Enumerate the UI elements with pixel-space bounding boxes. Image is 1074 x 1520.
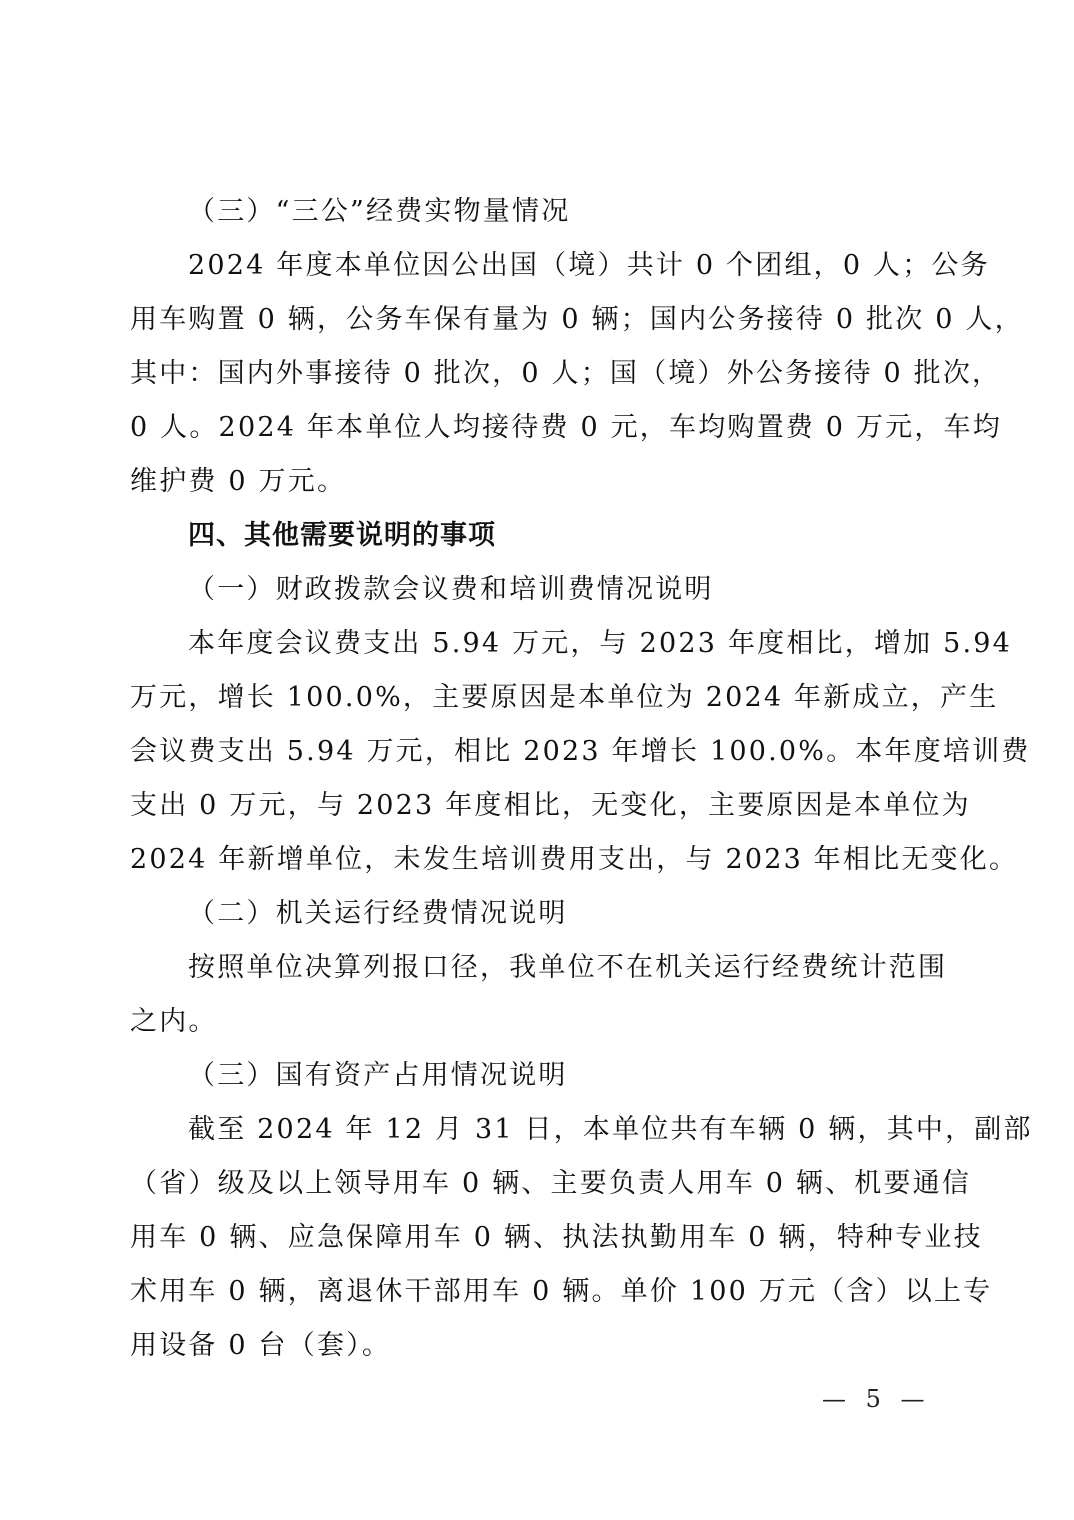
subheading-meeting-training: （一）财政拨款会议费和培训费情况说明 xyxy=(130,569,943,623)
page-number: — 5 — xyxy=(822,1385,931,1413)
subheading-sangong-physical: （三）“三公”经费实物量情况 xyxy=(130,191,943,245)
document-page: （三）“三公”经费实物量情况 2024 年度本单位因公出国（境）共计 0 个团组… xyxy=(130,191,943,1379)
paragraph-line: 万元，增长 100.0%，主要原因是本单位为 2024 年新成立，产生 xyxy=(130,677,943,731)
paragraph-line: 之内。 xyxy=(130,1001,943,1055)
subheading-operating-expenses: （二）机关运行经费情况说明 xyxy=(130,893,943,947)
paragraph-line: 术用车 0 辆，离退休干部用车 0 辆。单价 100 万元（含）以上专 xyxy=(130,1271,943,1325)
paragraph-line: 维护费 0 万元。 xyxy=(130,461,943,515)
paragraph-line: 2024 年新增单位，未发生培训费用支出，与 2023 年相比无变化。 xyxy=(130,839,943,893)
paragraph-sangong-physical: 2024 年度本单位因公出国（境）共计 0 个团组，0 人；公务 用车购置 0 … xyxy=(130,245,943,515)
paragraph-line: 本年度会议费支出 5.94 万元，与 2023 年度相比，增加 5.94 xyxy=(130,623,943,677)
paragraph-line: 0 人。2024 年本单位人均接待费 0 元，车均购置费 0 万元，车均 xyxy=(130,407,943,461)
paragraph-line: 用设备 0 台（套）。 xyxy=(130,1325,943,1379)
paragraph-line: 会议费支出 5.94 万元，相比 2023 年增长 100.0%。本年度培训费 xyxy=(130,731,943,785)
paragraph-meeting-training: 本年度会议费支出 5.94 万元，与 2023 年度相比，增加 5.94 万元，… xyxy=(130,623,943,893)
paragraph-line: 其中：国内外事接待 0 批次，0 人；国（境）外公务接待 0 批次， xyxy=(130,353,943,407)
heading-other-matters: 四、其他需要说明的事项 xyxy=(130,515,943,569)
paragraph-state-assets: 截至 2024 年 12 月 31 日，本单位共有车辆 0 辆，其中，副部 （省… xyxy=(130,1109,943,1379)
paragraph-line: 支出 0 万元，与 2023 年度相比，无变化，主要原因是本单位为 xyxy=(130,785,943,839)
paragraph-line: 2024 年度本单位因公出国（境）共计 0 个团组，0 人；公务 xyxy=(130,245,943,299)
subheading-state-assets: （三）国有资产占用情况说明 xyxy=(130,1055,943,1109)
paragraph-line: 用车 0 辆、应急保障用车 0 辆、执法执勤用车 0 辆，特种专业技 xyxy=(130,1217,943,1271)
paragraph-line: （省）级及以上领导用车 0 辆、主要负责人用车 0 辆、机要通信 xyxy=(130,1163,943,1217)
paragraph-operating-expenses: 按照单位决算列报口径，我单位不在机关运行经费统计范围 之内。 xyxy=(130,947,943,1055)
paragraph-line: 截至 2024 年 12 月 31 日，本单位共有车辆 0 辆，其中，副部 xyxy=(130,1109,943,1163)
paragraph-line: 按照单位决算列报口径，我单位不在机关运行经费统计范围 xyxy=(130,947,943,1001)
paragraph-line: 用车购置 0 辆，公务车保有量为 0 辆；国内公务接待 0 批次 0 人， xyxy=(130,299,943,353)
